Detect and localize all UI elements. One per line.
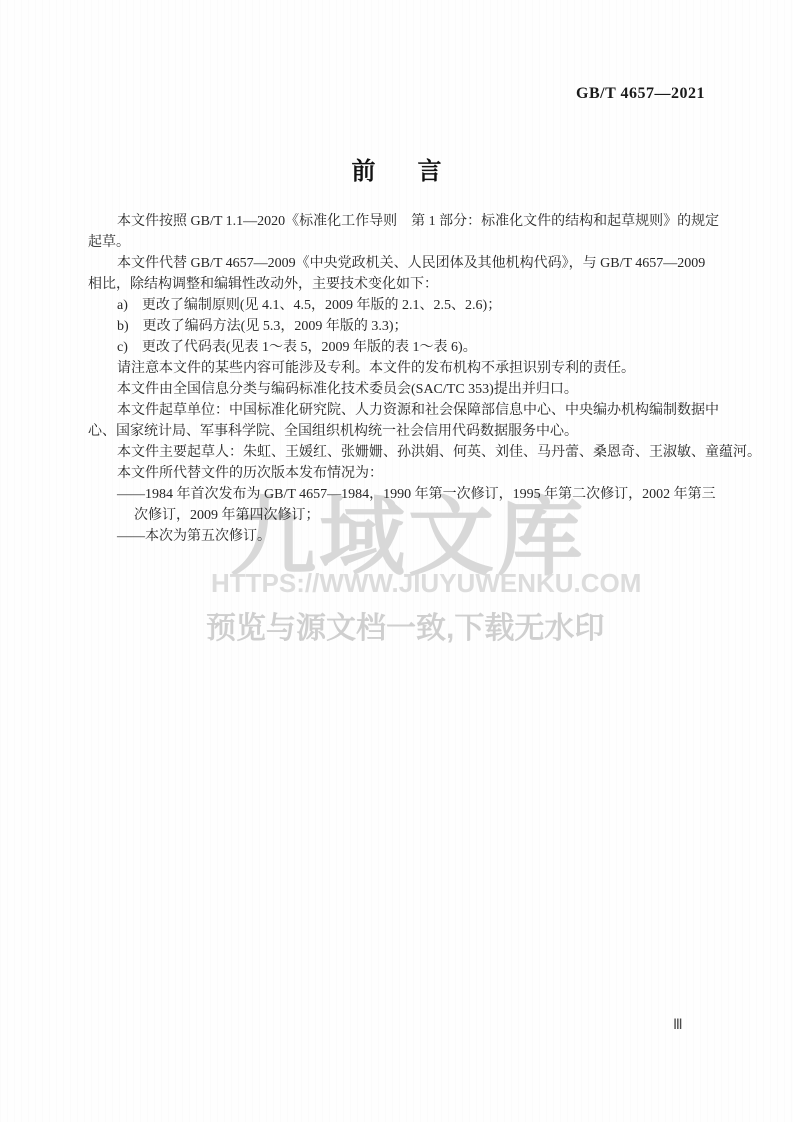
text-line: 本文件所代替文件的历次版本发布情况为： [88,463,710,484]
text-line: 本文件主要起草人：朱虹、王媛红、张姗姗、孙洪娟、何英、刘佳、马丹蕾、桑恩奇、王淑… [88,442,710,463]
watermark-slogan: 预览与源文档一致,下载无水印 [206,603,604,647]
page-number: Ⅲ [673,1017,683,1033]
text-line: ——本次为第五次修订。 [88,526,710,547]
text-line: ——1984 年首次发布为 GB/T 4657—1984，1990 年第一次修订… [88,484,710,505]
title-char-right: 言 [418,151,442,186]
text-line: b) 更改了编码方法(见 5.3，2009 年版的 3.3)； [88,316,710,337]
text-line: a) 更改了编制原则(见 4.1、4.5，2009 年版的 2.1、2.5、2.… [88,295,710,316]
text-line: 本文件代替 GB/T 4657—2009《中央党政机关、人民团体及其他机构代码》… [88,253,710,274]
text-line: c) 更改了代码表(见表 1～表 5，2009 年版的表 1～表 6)。 [88,337,710,358]
page-title: 前 言 [0,151,793,186]
text-line: 次修订，2009 年第四次修订； [88,505,710,526]
text-line: 相比，除结构调整和编辑性改动外，主要技术变化如下： [88,274,710,295]
watermark-url: HTTPS://WWW.JIUYUWENKU.COM [211,568,641,599]
text-line: 请注意本文件的某些内容可能涉及专利。本文件的发布机构不承担识别专利的责任。 [88,358,710,379]
text-line: 本文件由全国信息分类与编码标准化技术委员会(SAC/TC 353)提出并归口。 [88,379,710,400]
text-line: 心、国家统计局、军事科学院、全国组织机构统一社会信用代码数据服务中心。 [88,421,710,442]
text-line: 本文件按照 GB/T 1.1—2020《标准化工作导则 第 1 部分：标准化文件… [88,211,710,232]
title-char-left: 前 [352,151,376,186]
standard-code: GB/T 4657—2021 [576,85,705,103]
foreword-body: 本文件按照 GB/T 1.1—2020《标准化工作导则 第 1 部分：标准化文件… [88,211,710,547]
document-page: GB/T 4657—2021 前 言 九域文库 HTTPS://WWW.JIUY… [0,0,793,1122]
text-line: 本文件起草单位：中国标准化研究院、人力资源和社会保障部信息中心、中央编办机构编制… [88,400,710,421]
text-line: 起草。 [88,232,710,253]
